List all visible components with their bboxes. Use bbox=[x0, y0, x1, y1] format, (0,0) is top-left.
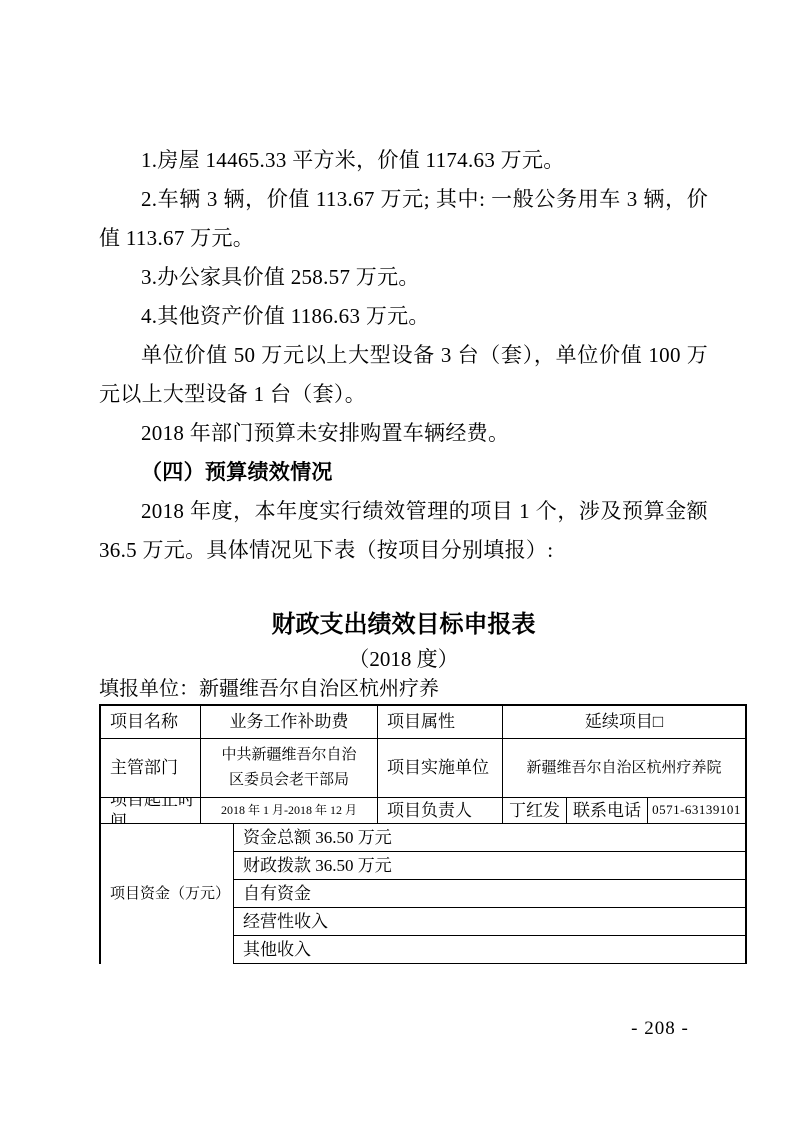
form-year: （2018 度） bbox=[99, 644, 708, 674]
cell-phone-value: 0571-63139101 bbox=[648, 798, 745, 824]
cell-dept-value: 中共新疆维吾尔自治区委员会老干部局 bbox=[201, 739, 378, 798]
section-heading: （四）预算绩效情况 bbox=[99, 453, 708, 492]
cell-funds-label: 项目资金（万元） bbox=[101, 824, 234, 964]
document-page: 1.房屋 14465.33 平方米，价值 1174.63 万元。 2.车辆 3 … bbox=[0, 0, 793, 1122]
cell-leader-label: 项目负责人 bbox=[378, 798, 503, 824]
cell-leader-value: 丁红发 bbox=[503, 798, 567, 824]
cell-project-name-label: 项目名称 bbox=[101, 706, 201, 739]
cell-phone-label: 联系电话 bbox=[567, 798, 648, 824]
fund-row-operating: 经营性收入 bbox=[234, 908, 745, 936]
fund-row-own: 自有资金 bbox=[234, 880, 745, 908]
cell-project-name-value: 业务工作补助费 bbox=[201, 706, 378, 739]
page-number: - 208 - bbox=[598, 1018, 722, 1040]
fund-row-other: 其他收入 bbox=[234, 936, 745, 964]
fund-row-total: 资金总额 36.50 万元 bbox=[234, 824, 745, 852]
form-title: 财政支出绩效目标申报表 bbox=[99, 606, 708, 644]
body-paragraph-no-vehicle-budget: 2018 年部门预算未安排购置车辆经费。 bbox=[99, 414, 708, 453]
performance-target-table: 项目名称 业务工作补助费 项目属性 延续项目□ 主管部门 中共新疆维吾尔自治区委… bbox=[99, 704, 747, 964]
body-text-block: 1.房屋 14465.33 平方米，价值 1174.63 万元。 2.车辆 3 … bbox=[99, 141, 708, 570]
fund-row-fiscal: 财政拨款 36.50 万元 bbox=[234, 852, 745, 880]
body-paragraph-vehicles: 2.车辆 3 辆，价值 113.67 万元; 其中: 一般公务用车 3 辆，价值… bbox=[99, 180, 708, 258]
body-paragraph-other-assets: 4.其他资产价值 1186.63 万元。 bbox=[99, 297, 708, 336]
form-fill-unit: 填报单位：新疆维吾尔自治区杭州疗养 bbox=[99, 674, 747, 704]
cell-period-value: 2018 年 1 月-2018 年 12 月 bbox=[201, 798, 378, 824]
body-paragraph-equipment: 单位价值 50 万元以上大型设备 3 台（套），单位价值 100 万元以上大型设… bbox=[99, 336, 708, 414]
cell-continuation-checkbox: 延续项目□ bbox=[503, 706, 745, 739]
performance-form-section: 财政支出绩效目标申报表 （2018 度） 填报单位：新疆维吾尔自治区杭州疗养 项… bbox=[99, 606, 747, 964]
cell-period-label: 项目起止时间 bbox=[101, 798, 201, 824]
cell-project-attr-label: 项目属性 bbox=[378, 706, 503, 739]
body-paragraph-performance: 2018 年度，本年度实行绩效管理的项目 1 个，涉及预算金额 36.5 万元。… bbox=[99, 492, 708, 570]
body-paragraph-house: 1.房屋 14465.33 平方米，价值 1174.63 万元。 bbox=[99, 141, 708, 180]
cell-impl-unit-value: 新疆维吾尔自治区杭州疗养院 bbox=[503, 739, 745, 798]
body-paragraph-furniture: 3.办公家具价值 258.57 万元。 bbox=[99, 258, 708, 297]
cell-dept-label: 主管部门 bbox=[101, 739, 201, 798]
cell-impl-unit-label: 项目实施单位 bbox=[378, 739, 503, 798]
